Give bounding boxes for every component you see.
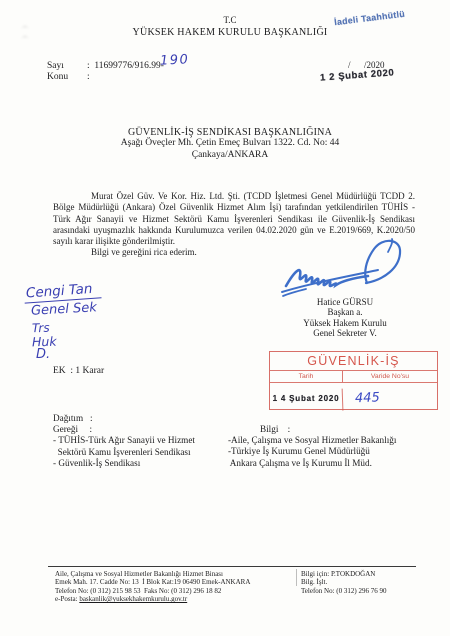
body-line: Bölge Müdürlüğü (Ankara) Özel Güvenlik H… [53,202,415,213]
distribution-geregi-block: Dağıtım : Gereği : - TÜHİS-Türk Ağır San… [53,413,195,469]
union-stamp-number-value: 445 [342,385,438,410]
bilgi-item: -Türkiye İş Kurumu Genel Müdürlüğü [228,446,396,457]
recipient-block: GÜVENLİK-İŞ SENDİKASI BAŞKANLIĞINA Aşağı… [14,127,446,161]
body-line: Türk Ağır Sanayii ve Hizmet Sektörü Kamu… [53,214,415,225]
date-stamp: 1 2 Şubat 2020 [320,67,395,83]
handwritten-note-genel-sek: Genel Sek [31,300,98,318]
geregi-item: Sektörü Kamu İşverenleri Sendikası [53,447,195,458]
sayi-row: Sayı: 11699776/916.99- [47,61,164,72]
footer-email-label: e-Posta: [55,595,79,603]
konu-label: Konu [47,72,87,83]
footer-divider [48,566,416,567]
union-stamp-col-tarih: Tarih [270,371,342,383]
sayi-value: : 11699776/916.99- [87,61,164,71]
footer-contact-title: Bilg. İşlt. [301,578,386,586]
footer-contact-phone: Telefon No: (0 312) 296 76 90 [301,587,386,595]
geregi-item: - Güvenlik-İş Sendikası [53,458,195,469]
footer-contact-block: Bilgi için: P.TOKDOĞAN Bilg. İşlt. Telef… [301,570,386,595]
konu-row: Konu: [47,72,164,83]
footer-email-line: e-Posta: baskanlik@yuksekhakemkurulu.gov… [55,595,250,603]
handwritten-document-number: 190 [160,52,190,69]
footer-contact-person: Bilgi için: P.TOKDOĞAN [301,570,386,578]
union-stamp-title: GÜVENLİK-İŞ [270,352,437,371]
recipient-address: Aşağı Öveçler Mh. Çetin Emeç Bulvarı 132… [14,138,446,149]
signer-name: Hatice GÜRSU [285,297,405,307]
signer-title: Başkan a. [285,307,405,317]
union-stamp-table: Tarih Varide No'su 1 4 Şubat 2020 445 [270,371,437,409]
recipient-city: Çankaya/ANKARA [14,150,446,161]
attachment-line: EK : 1 Karar [53,366,104,376]
sayi-label: Sayı [47,61,87,72]
body-line: Murat Özel Güv. Ve Kor. Hiz. Ltd. Şti. (… [53,191,415,202]
document-meta: Sayı: 11699776/916.99- Konu: [47,61,164,83]
signature-icon [280,236,410,300]
union-receipt-stamp: GÜVENLİK-İŞ Tarih Varide No'su 1 4 Şubat… [269,351,438,410]
body-line: arasındaki uyuşmazlık hakkında Kurulumuz… [53,225,415,236]
recipient-title: GÜVENLİK-İŞ SENDİKASI BAŞKANLIĞINA [14,127,446,138]
bilgi-label: Bilgi : [260,424,396,435]
footer-email-address: baskanlik@yuksekhakemkurulu.gov.tr [79,595,187,603]
union-stamp-col-varide: Varide No'su [342,371,437,383]
bilgi-item: Ankara Çalışma ve İş Kurumu İl Müd. [228,458,396,469]
handwritten-note-d: D. [36,347,50,362]
geregi-item: - TÜHİS-Türk Ağır Sanayii ve Hizmet [53,435,195,446]
distribution-bilgi-block: Bilgi : -Aile, Çalışma ve Sosyal Hizmetl… [228,424,396,469]
scanned-letter-page: T.C YÜKSEK HAKEM KURULU BAŞKANLIĞI İadel… [0,0,450,636]
signer-role: Genel Sekreter V. [285,328,405,338]
signer-org: Yüksek Hakem Kurulu [285,318,405,328]
footer-street: Emek Mah. 17. Cadde No: 13 İ Blok Kat:19… [55,578,250,586]
letterhead-organization: YÜKSEK HAKEM KURULU BAŞKANLIĞI [14,27,446,39]
dagitim-label: Dağıtım : [53,413,195,424]
footer-phone-fax: Telefon No: (0 312) 215 98 53 Faks No: (… [55,587,250,595]
footer-building: Aile, Çalışma ve Sosyal Hizmetler Bakanl… [55,570,250,578]
bilgi-item: -Aile, Çalışma ve Sosyal Hizmetler Bakan… [228,435,396,446]
footer-address-block: Aile, Çalışma ve Sosyal Hizmetler Bakanl… [55,570,250,604]
footer-column-divider [296,569,297,586]
konu-value: : [87,72,90,82]
geregi-label: Gereği : [53,424,195,435]
signer-block: Hatice GÜRSU Başkan a. Yüksek Hakem Kuru… [285,297,405,338]
union-stamp-date-value: 1 4 Şubat 2020 [270,387,342,409]
